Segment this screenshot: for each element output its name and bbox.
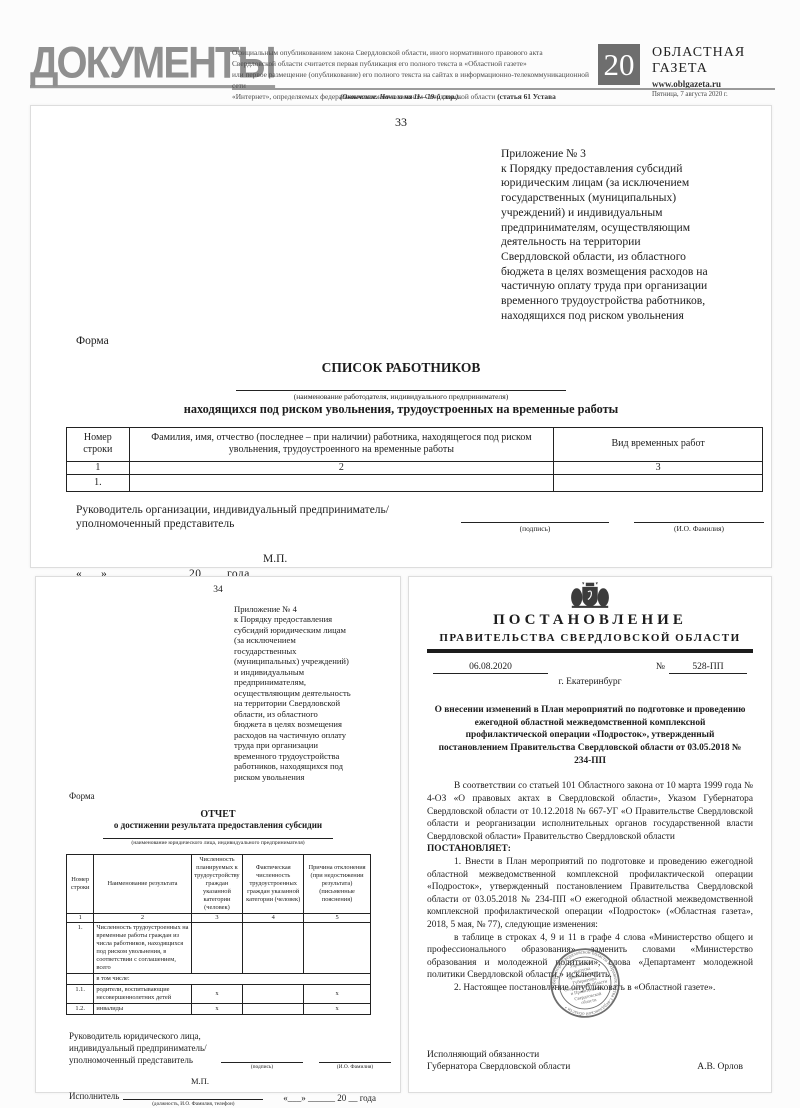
- decree-number: № 528-ПП: [656, 662, 747, 674]
- index-row: 1 2 3: [67, 461, 763, 474]
- col-header: Численность планируемых к трудоустройств…: [191, 855, 243, 914]
- executor-field: (должность, И.О. Фамилия, телефон): [123, 1091, 263, 1107]
- signature-block: Руководитель организации, индивидуальный…: [31, 503, 771, 551]
- document-33-scan: 33 Приложение № 3 к Порядку предоставлен…: [30, 105, 772, 568]
- signature-line: [461, 511, 609, 523]
- table-header-row: Номер строки Фамилия, имя, отчество (пос…: [67, 427, 763, 461]
- signature-caption: (И.О. Фамилия): [319, 1063, 391, 1070]
- signature-block: Исполняющий обязанности Губернатора Свер…: [427, 1049, 753, 1075]
- signature-line: [634, 511, 764, 523]
- executor-caption: (должность, И.О. Фамилия, телефон): [123, 1100, 263, 1107]
- document-34-scan: 34 Приложение № 4 к Порядку предоставлен…: [35, 576, 401, 1093]
- cell: [243, 985, 304, 1004]
- cell: [191, 923, 243, 974]
- cell: 1.: [67, 474, 130, 491]
- cell: Численность трудоустроенных на временные…: [94, 923, 191, 974]
- decree-divider: [427, 649, 753, 653]
- doc-page-number: 34: [36, 577, 400, 595]
- index-cell: 5: [304, 914, 371, 923]
- table-row: в том числе:: [67, 974, 371, 985]
- official-stamp: Губернатора Свердловской области и Прави…: [542, 940, 627, 1025]
- name-field: (И.О. Фамилия): [634, 511, 764, 533]
- stamp-place-label: М.П.: [263, 553, 771, 565]
- index-cell: 3: [191, 914, 243, 923]
- cell: х: [304, 985, 371, 1004]
- doc-subtitle: о достижении результата предоставления с…: [36, 820, 400, 830]
- cell: [129, 474, 554, 491]
- table-row: 1.2. инвалиды х х: [67, 1004, 371, 1015]
- doc-title: СПИСОК РАБОТНИКОВ: [31, 360, 771, 376]
- cell: [243, 923, 304, 974]
- appendix-heading: Приложение № 3 к Порядку предоставления …: [501, 147, 763, 324]
- decree-document-scan: ПОСТАНОВЛЕНИЕ ПРАВИТЕЛЬСТВА СВЕРДЛОВСКОЙ…: [408, 576, 772, 1093]
- cell: 1.: [67, 923, 94, 974]
- table-row: 1.: [67, 474, 763, 491]
- newspaper-nameplate: ОБЛАСТНАЯ ГАЗЕТА www.oblgazeta.ru Пятниц…: [652, 45, 800, 98]
- table-row: 1. Численность трудоустроенных на времен…: [67, 923, 371, 974]
- signature-line: [221, 1055, 303, 1063]
- form-label: Форма: [69, 791, 400, 801]
- signature-field: (подпись): [221, 1055, 303, 1070]
- col-header: Фактическая численность трудоустроенных …: [243, 855, 304, 914]
- index-cell: 3: [554, 461, 763, 474]
- cell: в том числе:: [94, 974, 371, 985]
- signer-name: А.В. Орлов: [697, 1062, 743, 1072]
- legal-publication-note: Официальным опубликованием закона Свердл…: [232, 47, 597, 114]
- name-caption: (наименование работодателя, индивидуальн…: [31, 392, 771, 401]
- name-field: (И.О. Фамилия): [319, 1055, 391, 1070]
- index-cell: 1: [67, 461, 130, 474]
- name-blank-line: [236, 390, 566, 391]
- newspaper-title: ОБЛАСТНАЯ ГАЗЕТА: [652, 45, 800, 77]
- name-caption: (наименование юридического лица, индивид…: [36, 840, 400, 846]
- signature-caption: (подпись): [221, 1063, 303, 1070]
- cell: [554, 474, 763, 491]
- col-header: Вид временных работ: [554, 427, 763, 461]
- index-row: 1 2 3 4 5: [67, 914, 371, 923]
- col-header: Фамилия, имя, отчество (последнее – при …: [129, 427, 554, 461]
- signer-role: Руководитель организации, индивидуальный…: [76, 503, 389, 532]
- doc-title: ОТЧЕТ: [36, 809, 400, 820]
- signature-caption: (подпись): [461, 523, 609, 533]
- index-cell: 1: [67, 914, 94, 923]
- coat-of-arms-icon: [427, 577, 753, 611]
- number-value: 528-ПП: [669, 662, 747, 674]
- signer-role: Руководитель юридического лица, индивиду…: [69, 1031, 207, 1066]
- workers-table: Номер строки Фамилия, имя, отчество (пос…: [66, 427, 763, 492]
- cell: инвалиды: [94, 1004, 191, 1015]
- col-header: Номер строки: [67, 427, 130, 461]
- legal-line: Официальным опубликованием закона Свердл…: [232, 47, 597, 58]
- cell: 1.2.: [67, 1004, 94, 1015]
- signature-field: (подпись): [461, 511, 609, 533]
- col-header: Номер строки: [67, 855, 94, 914]
- decree-date-row: 06.08.2020 № 528-ПП: [433, 662, 747, 674]
- cell: х: [191, 985, 243, 1004]
- legal-line: Свердловской области считается первая пу…: [232, 58, 597, 69]
- executor-line: [123, 1091, 263, 1100]
- paragraph: 1. Внести в План мероприятий по подготов…: [427, 856, 753, 932]
- appendix-heading: Приложение № 4 к Порядку предоставления …: [234, 604, 392, 782]
- index-cell: 2: [94, 914, 191, 923]
- continuation-note: (Окончание. Начало на 11—19-й стр.).: [0, 93, 800, 101]
- col-header: Причина отклонения (при недостижении рез…: [304, 855, 371, 914]
- resolves-label: ПОСТАНОВЛЯЕТ:: [427, 843, 753, 856]
- cell: х: [191, 1004, 243, 1015]
- signature-block: Руководитель юридического лица, индивиду…: [36, 1031, 400, 1075]
- report-table: Номер строки Наименование результата Чис…: [66, 854, 371, 1015]
- number-label: №: [656, 662, 665, 674]
- cell: [67, 974, 94, 985]
- executor-label: Исполнитель: [69, 1091, 119, 1101]
- index-cell: 2: [129, 461, 554, 474]
- stamp-place-label: М.П.: [191, 1076, 400, 1086]
- decree-city: г. Екатеринбург: [427, 677, 753, 687]
- decree-subtitle: ПРАВИТЕЛЬСТВА СВЕРДЛОВСКОЙ ОБЛАСТИ: [427, 632, 753, 644]
- decree-title: ПОСТАНОВЛЕНИЕ: [427, 612, 753, 629]
- date-blank: «___» ______ 20 __ года: [283, 1093, 376, 1103]
- decree-subject: О внесении изменений в План мероприятий …: [434, 704, 746, 767]
- doc-page-number: 33: [31, 106, 771, 130]
- header-divider: [232, 88, 775, 90]
- cell: х: [304, 1004, 371, 1015]
- stamp-center-text: Управление выпуска правовых актов Губерн…: [554, 952, 616, 1014]
- page-number-badge: 20: [598, 44, 640, 85]
- decree-date: 06.08.2020: [433, 662, 548, 674]
- table-row: 1.1. родители, воспитывающие несовершенн…: [67, 985, 371, 1004]
- signature-line: [319, 1055, 391, 1063]
- cell: родители, воспитывающие несовершеннолетн…: [94, 985, 191, 1004]
- cell: 1.1.: [67, 985, 94, 1004]
- cell: [304, 923, 371, 974]
- index-cell: 4: [243, 914, 304, 923]
- form-label: Форма: [76, 335, 771, 347]
- col-header: Наименование результата: [94, 855, 191, 914]
- signature-caption: (И.О. Фамилия): [634, 523, 764, 533]
- paragraph: В соответствии со статьей 101 Областного…: [427, 780, 753, 843]
- newspaper-page: ДОКУМЕНТЫ Официальным опубликованием зак…: [0, 0, 800, 1108]
- doc-subtitle: находящихся под риском увольнения, трудо…: [31, 402, 771, 417]
- table-header-row: Номер строки Наименование результата Чис…: [67, 855, 371, 914]
- cell: [243, 1004, 304, 1015]
